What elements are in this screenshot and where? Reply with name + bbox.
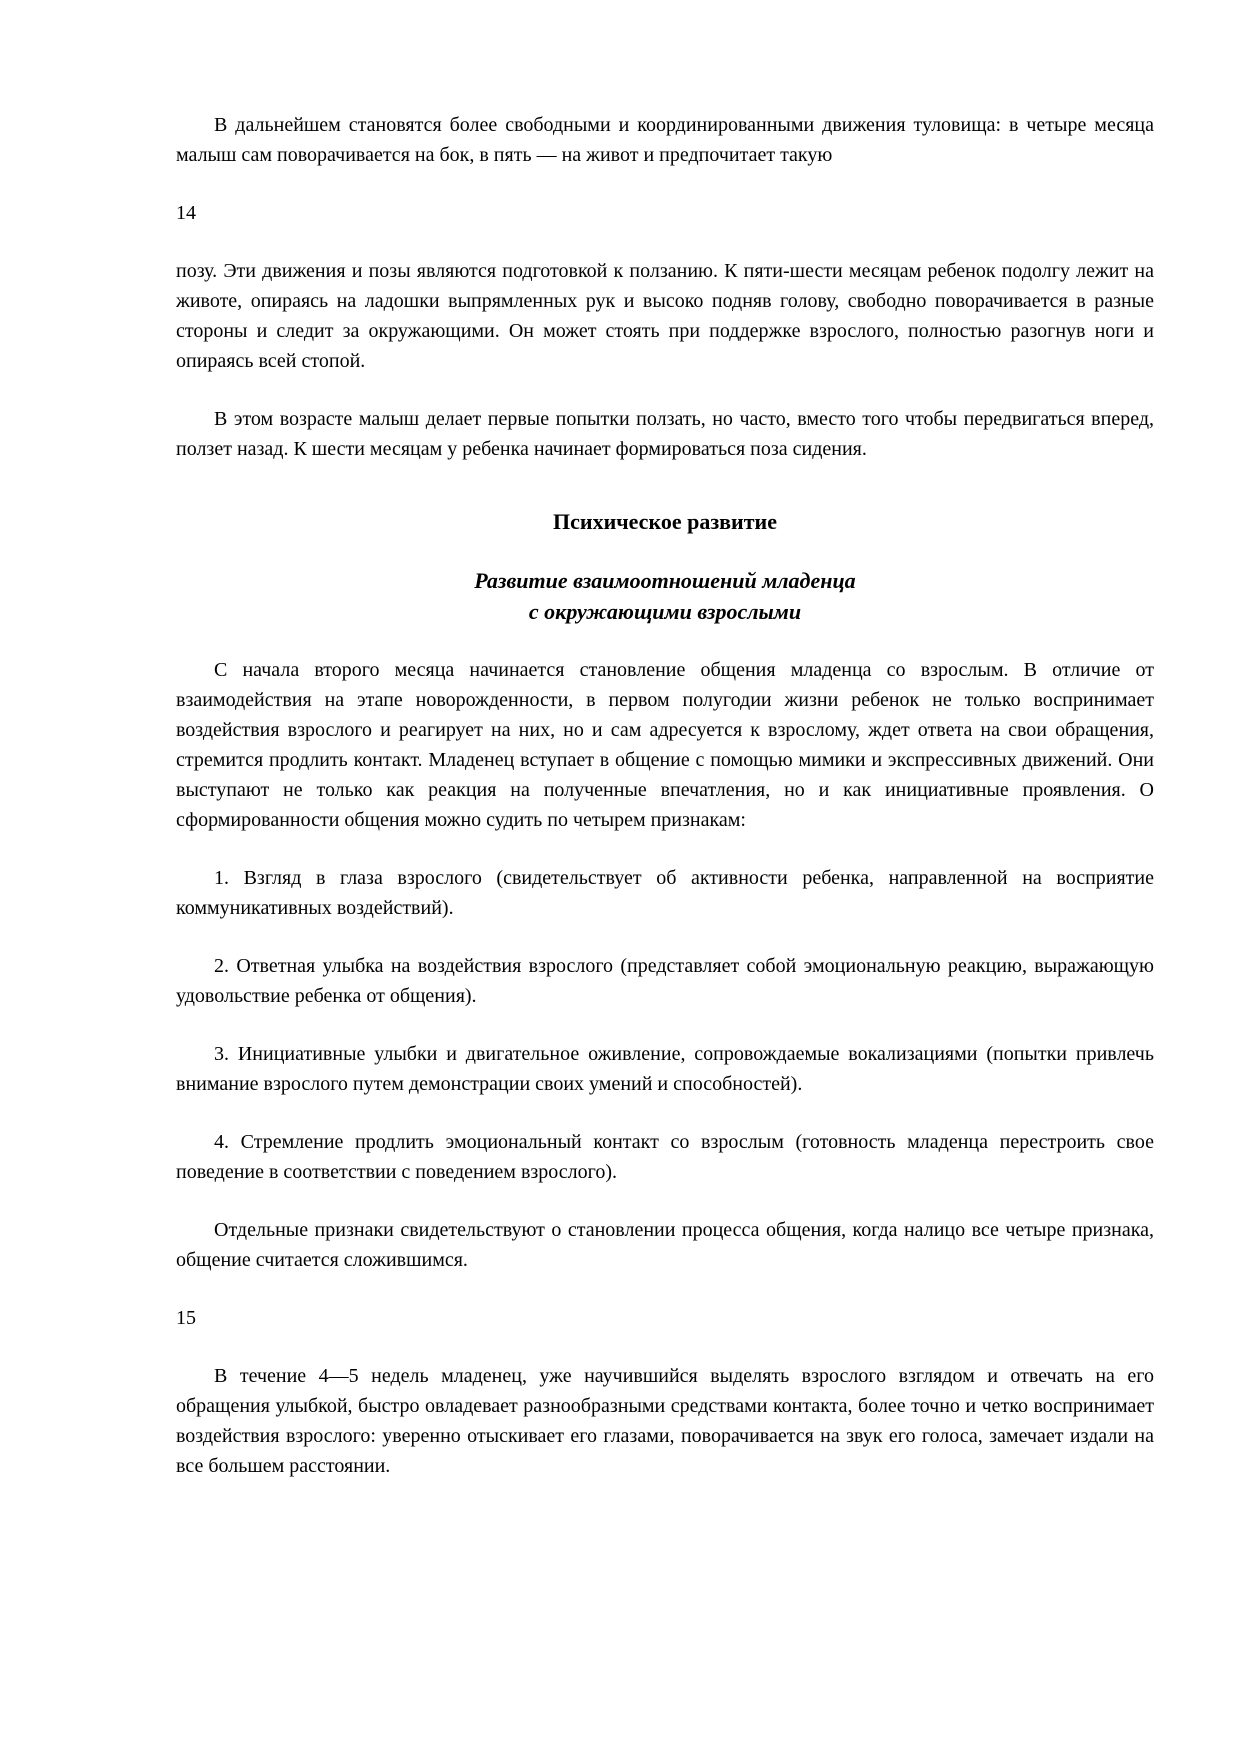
paragraph-3: В этом возрасте малыш делает первые попы…	[176, 404, 1154, 464]
paragraph-6: В течение 4—5 недель младенец, уже научи…	[176, 1361, 1154, 1481]
section-heading: Психическое развитие	[176, 507, 1154, 537]
paragraph-4: С начала второго месяца начинается стано…	[176, 655, 1154, 835]
subsection-heading-line-2: с окружающими взрослыми	[176, 596, 1154, 627]
page-number-15: 15	[176, 1303, 1154, 1333]
list-item-2: 2. Ответная улыбка на воздействия взросл…	[176, 951, 1154, 1011]
list-item-4: 4. Стремление продлить эмоциональный кон…	[176, 1127, 1154, 1187]
paragraph-5: Отдельные признаки свидетельствуют о ста…	[176, 1215, 1154, 1275]
subsection-heading: Развитие взаимоотношений младенца с окру…	[176, 565, 1154, 627]
subsection-heading-line-1: Развитие взаимоотношений младенца	[176, 565, 1154, 596]
page-text-block: В дальнейшем становятся более свободными…	[176, 110, 1154, 1481]
list-item-1: 1. Взгляд в глаза взрослого (свидетельст…	[176, 863, 1154, 923]
paragraph-2: позу. Эти движения и позы являются подго…	[176, 256, 1154, 376]
list-item-3: 3. Инициативные улыбки и двигательное ож…	[176, 1039, 1154, 1099]
document-page: В дальнейшем становятся более свободными…	[0, 0, 1240, 1754]
page-number-14: 14	[176, 198, 1154, 228]
paragraph-1: В дальнейшем становятся более свободными…	[176, 110, 1154, 170]
